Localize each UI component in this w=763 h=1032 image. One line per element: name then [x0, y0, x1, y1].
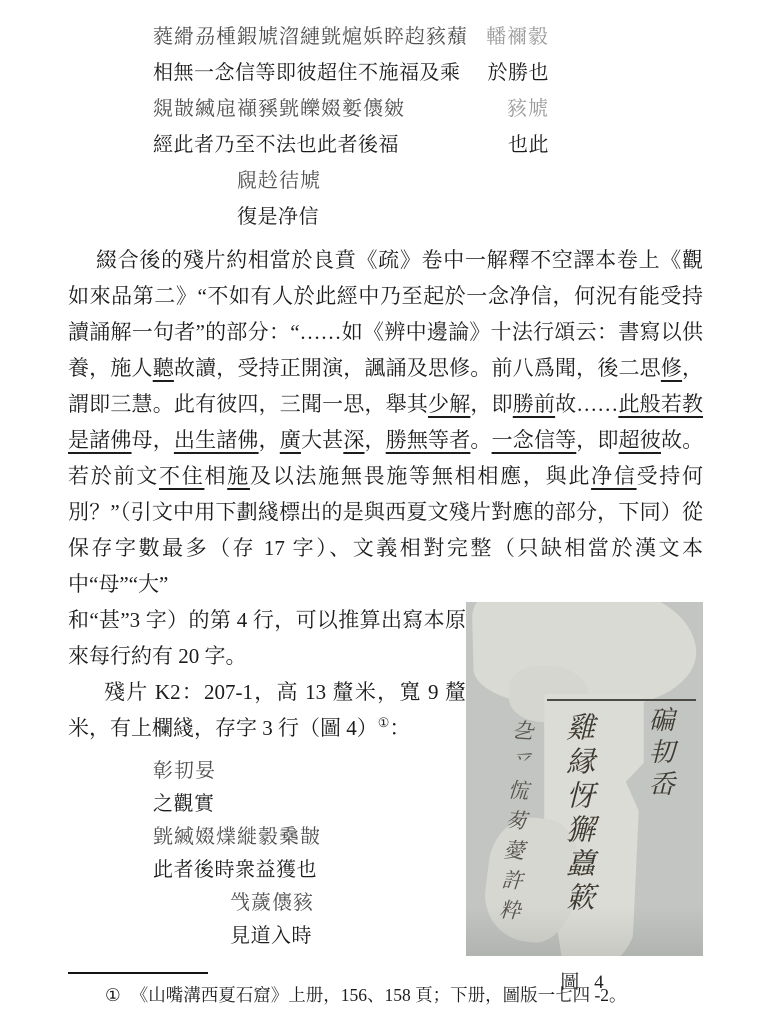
- chinese-side-group: 於勝也: [488, 56, 550, 85]
- underlined-segment: 出生諸佛: [174, 428, 259, 452]
- text-segment: 故讀，受持正開演，諷誦及思修。前八爲聞，後二思: [174, 356, 661, 380]
- text-segment: ，: [365, 428, 386, 452]
- text-segment: ，: [259, 428, 280, 452]
- underlined-segment: 超彼: [619, 428, 661, 452]
- top-interlinear-verse: 蕤縎刕㮔鍜虓㳷縺皝熩娦睟赹豥蘈轓禰豰相無一念信等即彼超住不施福及乘於勝也覢皵縅㦾…: [153, 0, 549, 232]
- tangut-side-group: 轓禰豰: [486, 20, 549, 49]
- section-with-figure: 㐇乊㤺茐薆許粋 雞縁㤉獬蠤簌 碥㓞岙 圖 4 和“甚”3 字）的第 4 行，可以…: [68, 602, 703, 952]
- text-segment: 母，: [132, 428, 174, 452]
- footnote-text: 《山嘴溝西夏石窟》上册，156、158 頁；下册，圖版一七四 -2。: [131, 985, 627, 1005]
- text-segment: 及以法施無畏施等無相相應，與此: [250, 464, 591, 488]
- underlined-segment: 聽: [153, 356, 174, 380]
- footnote-body: ①《山嘴溝西夏石窟》上册，156、158 頁；下册，圖版一七四 -2。: [68, 983, 703, 1008]
- verse-row: 此者後時衆益獲也: [153, 853, 466, 886]
- chinese-gloss-line: 之觀實: [153, 786, 215, 822]
- manuscript-column-right: 碥㓞岙: [646, 706, 672, 802]
- footnote-block: ①《山嘴溝西夏石窟》上册，156、158 頁；下册，圖版一七四 -2。: [68, 972, 703, 1008]
- verse-row: 相無一念信等即彼超住不施福及乘於勝也: [153, 52, 549, 88]
- text-segment: 故……: [555, 392, 618, 416]
- footnote-marker: ①: [105, 985, 121, 1005]
- upper-ruled-line: [547, 699, 696, 701]
- photo-shading: [466, 906, 703, 956]
- document-page: 蕤縎刕㮔鍜虓㳷縺皝熩娦睟赹豥蘈轓禰豰相無一念信等即彼超住不施福及乘於勝也覢皵縅㦾…: [0, 0, 763, 1032]
- underlined-segment: 不住: [159, 464, 204, 488]
- text-segment: 大甚: [301, 428, 343, 452]
- text-segment: 。: [470, 428, 491, 452]
- chinese-gloss-line: 復是净信: [237, 200, 319, 229]
- chinese-gloss-line: 經此者乃至不法也此者後福: [153, 128, 399, 157]
- chinese-side-group: 也此: [508, 128, 549, 157]
- underlined-segment: 深: [343, 428, 364, 452]
- verse-row: 蕤縎刕㮔鍜虓㳷縺皝熩娦睟赹豥蘈轓禰豰: [153, 16, 549, 52]
- verse-row: 皝縅娺㸁縰豰㯔皵: [153, 820, 466, 853]
- verse-row: 之觀實: [153, 787, 466, 820]
- tangut-line: 皝縅娺㸁縰豰㯔皵: [153, 819, 321, 855]
- verse-row: 經此者乃至不法也此者後福也此: [153, 124, 549, 160]
- verse-row: 覛赺㣟虓: [153, 160, 549, 196]
- tangut-line: 覢皵縅㦾襭豯皝皪娺㜪㒟皴: [153, 92, 405, 121]
- underlined-segment: 净信: [591, 464, 636, 488]
- figure-4: 㐇乊㤺茐薆許粋 雞縁㤉獬蠤簌 碥㓞岙 圖 4: [466, 602, 703, 1001]
- text-segment: 和“甚”3 字）的第 4 行，可以推算出寫本原來每行約有 20 字。: [68, 608, 466, 668]
- text-segment: ，即: [576, 428, 618, 452]
- verse-row: 覢皵縅㦾襭豯皝皪娺㜪㒟皴豥虓: [153, 88, 549, 124]
- verse-row: 復是净信: [153, 196, 549, 232]
- paragraph-commentary: 綴合後的殘片約相當於良賁《疏》卷中一解釋不空譯本卷上《觀如來品第二》“不如有人於…: [68, 242, 703, 602]
- underlined-segment: 施: [227, 464, 250, 488]
- verse-row: 㣏㓞妟: [153, 754, 466, 787]
- tangut-line: 蕤縎刕㮔鍜虓㳷縺皝熩娦睟赹豥蘈: [153, 20, 468, 49]
- tangut-line: 覛赺㣟虓: [237, 164, 321, 193]
- verse-row: 見道入時: [153, 919, 466, 952]
- underlined-segment: 勝無等者: [386, 428, 471, 452]
- chinese-gloss-line: 見道入時: [230, 918, 312, 954]
- underlined-segment: 勝前: [513, 392, 555, 416]
- footnote-separator: [68, 972, 208, 974]
- body-text-block: 綴合後的殘片約相當於良賁《疏》卷中一解釋不空譯本卷上《觀如來品第二》“不如有人於…: [68, 242, 703, 1001]
- underlined-segment: 少解: [428, 392, 470, 416]
- tangut-line: 㦰薉㒟豥: [230, 885, 314, 921]
- footnote-reference: ①: [378, 715, 390, 730]
- verse-row: 㦰薉㒟豥: [153, 886, 466, 919]
- text-segment: 相: [204, 464, 227, 488]
- text-segment: ：: [389, 716, 410, 740]
- tangut-line: 㣏㓞妟: [153, 753, 216, 789]
- manuscript-photo: 㐇乊㤺茐薆許粋 雞縁㤉獬蠤簌 碥㓞岙: [466, 602, 703, 956]
- chinese-gloss-line: 此者後時衆益獲也: [153, 852, 317, 888]
- manuscript-column-middle: 雞縁㤉獬蠤簌: [563, 712, 592, 916]
- chinese-gloss-line: 相無一念信等即彼超住不施福及乘: [153, 56, 461, 85]
- text-segment: ，即: [470, 392, 512, 416]
- underlined-segment: 一念信等: [492, 428, 577, 452]
- tangut-side-group: 豥虓: [507, 92, 549, 121]
- underlined-segment: 修: [661, 356, 682, 380]
- underlined-segment: 廣: [280, 428, 301, 452]
